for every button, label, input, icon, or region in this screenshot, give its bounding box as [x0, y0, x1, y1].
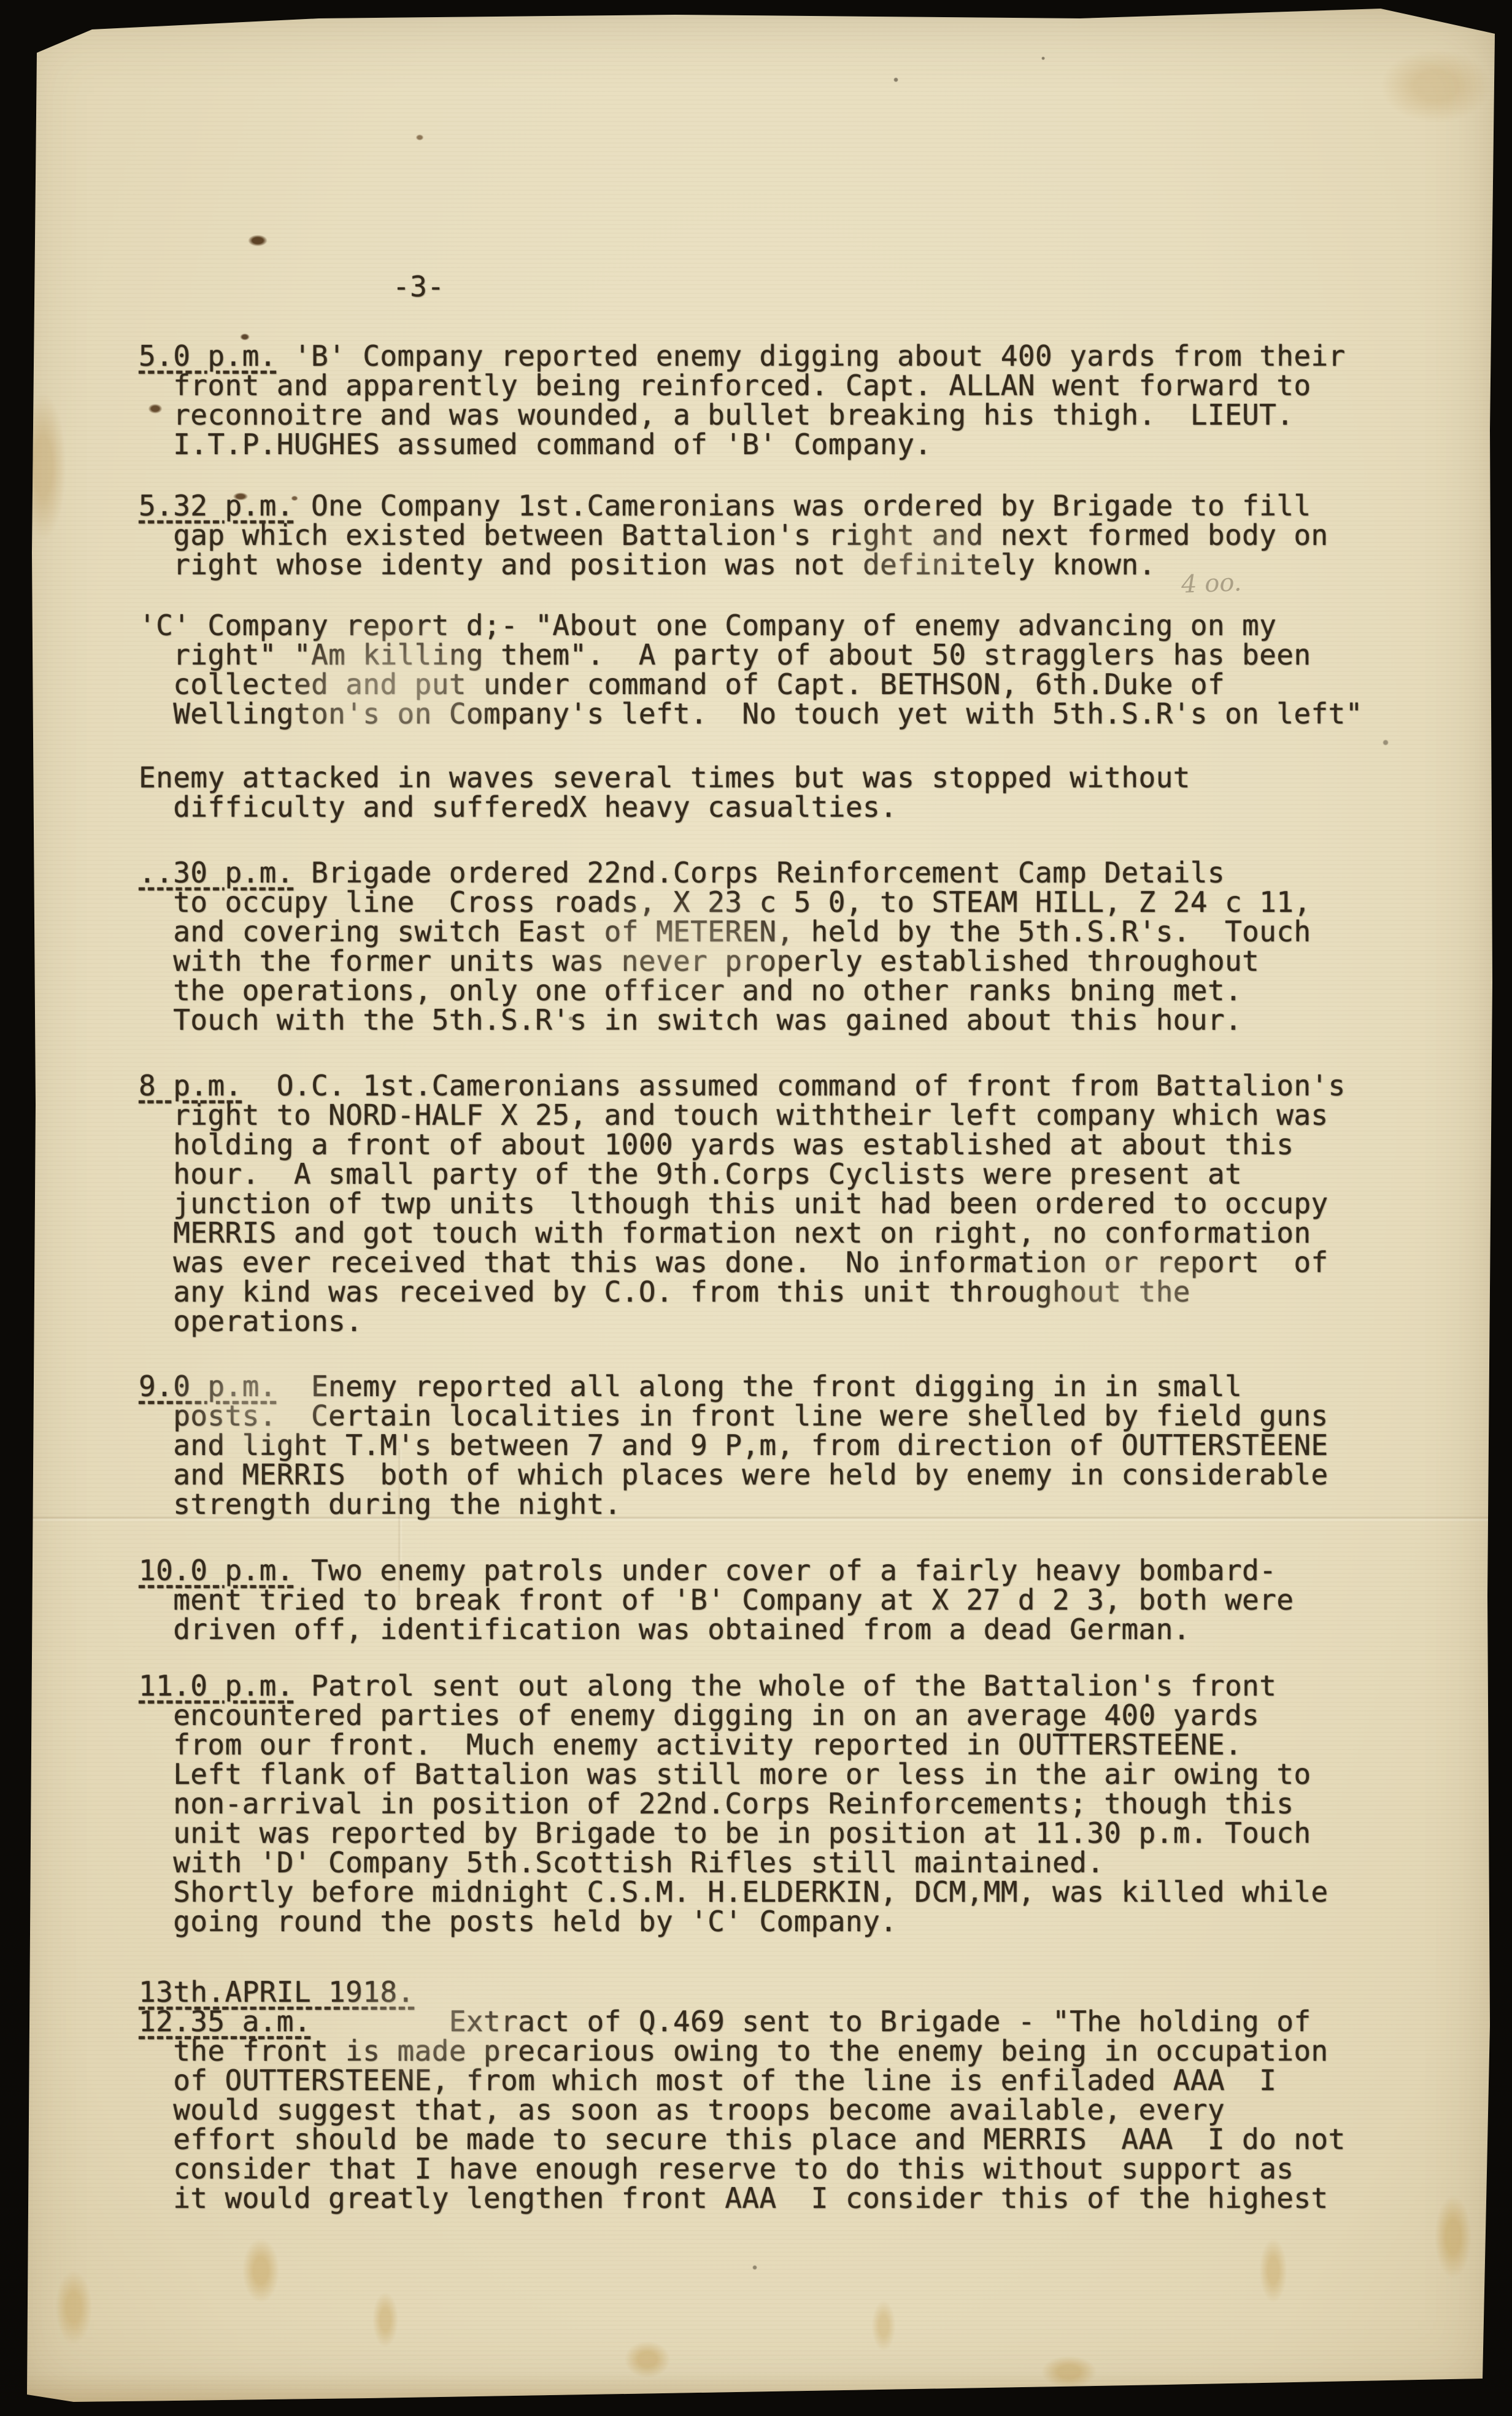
entry-line: consider that I have enough reserve to d… [139, 2154, 1346, 2183]
entry-line: of OUTTERSTEENE, from which most of the … [139, 2066, 1346, 2095]
entry-line: would suggest that, as soon as troops be… [139, 2095, 1346, 2125]
entry-first-line: 5.0 p.m. 'B' Company reported enemy digg… [139, 341, 1346, 371]
entry-line: it would greatly lengthen front AAA I co… [139, 2183, 1346, 2213]
entry-line: Wellington's on Company's left. No touch… [139, 699, 1363, 728]
entry-first-line: 13th.APRIL 1918. [139, 1977, 415, 2007]
diary-entry: Enemy attacked in waves several times bu… [139, 763, 1190, 822]
entry-text: Two enemy patrols under cover of a fairl… [294, 1554, 1276, 1587]
entry-text: One Company 1st.Cameronians was ordered … [294, 489, 1311, 522]
entry-text: Extract of Q.469 sent to Brigade - "The … [311, 2005, 1311, 2038]
diary-entry: 'C' Company report d;- "About one Compan… [139, 611, 1363, 728]
entry-line: gap which existed between Battalion's ri… [139, 520, 1329, 550]
entry-line: junction of twp units lthough this unit … [139, 1189, 1346, 1218]
scanned-war-diary-page: { "page": { "number": "-3-", "annotation… [0, 0, 1512, 2416]
time-label: 12.35 a.m. [139, 2005, 311, 2038]
entry-line: with the former units was never properly… [139, 946, 1311, 976]
entry-first-line: 10.0 p.m. Two enemy patrols under cover … [139, 1556, 1294, 1585]
entry-line: strength during the night. [139, 1489, 1329, 1519]
entry-line: the front is made precarious owing to th… [139, 2036, 1346, 2066]
entry-first-line: 5.32 p.m. One Company 1st.Cameronians wa… [139, 491, 1329, 520]
time-label: 11.0 p.m. [139, 1669, 294, 1702]
entry-line: MERRIS and got touch with formation next… [139, 1218, 1346, 1248]
entry-line: unit was reported by Brigade to be in po… [139, 1818, 1329, 1848]
entry-line: Touch with the 5th.S.R's in switch was g… [139, 1005, 1311, 1035]
time-label: 5.32 p.m. [139, 489, 294, 522]
entry-line: and light T.M's between 7 and 9 P,m, fro… [139, 1430, 1329, 1460]
entry-line: any kind was received by C.O. from this … [139, 1277, 1346, 1306]
entry-line: with 'D' Company 5th.Scottish Rifles sti… [139, 1848, 1329, 1877]
entry-line: right" "Am killing them". A party of abo… [139, 640, 1363, 670]
time-label: 10.0 p.m. [139, 1554, 294, 1587]
time-label: 5.0 p.m. [139, 339, 277, 372]
entry-first-line: 12.35 a.m. Extract of Q.469 sent to Brig… [139, 2007, 1346, 2036]
entry-line: from our front. Much enemy activity repo… [139, 1730, 1329, 1759]
entry-line: was ever received that this was done. No… [139, 1248, 1346, 1277]
entry-first-line: 8 p.m. O.C. 1st.Cameronians assumed comm… [139, 1071, 1346, 1100]
entry-first-line: 'C' Company report d;- "About one Compan… [139, 611, 1363, 640]
diary-entry: 10.0 p.m. Two enemy patrols under cover … [139, 1556, 1294, 1644]
diary-entry: 5.0 p.m. 'B' Company reported enemy digg… [139, 341, 1346, 459]
entry-line: to occupy line Cross roads, X 23 c 5 0, … [139, 887, 1311, 917]
diary-entry: 9.0 p.m. Enemy reported all along the fr… [139, 1372, 1329, 1519]
entry-text: 'B' Company reported enemy digging about… [277, 339, 1346, 372]
entry-text: O.C. 1st.Cameronians assumed command of … [242, 1069, 1346, 1102]
entry-line: encountered parties of enemy digging in … [139, 1700, 1329, 1730]
pencil-annotation: 4 oo. [1181, 568, 1242, 598]
entry-line: ment tried to break front of 'B' Company… [139, 1585, 1294, 1615]
entry-first-line: ..30 p.m. Brigade ordered 22nd.Corps Rei… [139, 858, 1311, 887]
time-label: ..30 p.m. [139, 856, 294, 889]
entry-line: Left flank of Battalion was still more o… [139, 1759, 1329, 1789]
entry-line: hour. A small party of the 9th.Corps Cyc… [139, 1159, 1346, 1189]
diary-entry: 12.35 a.m. Extract of Q.469 sent to Brig… [139, 2007, 1346, 2213]
time-label: 13th.APRIL 1918. [139, 1975, 415, 2009]
entry-line: right whose identy and position was not … [139, 550, 1329, 579]
entry-first-line: Enemy attacked in waves several times bu… [139, 763, 1190, 792]
entry-text: Patrol sent out along the whole of the B… [294, 1669, 1276, 1702]
diary-entry: 5.32 p.m. One Company 1st.Cameronians wa… [139, 491, 1329, 579]
entry-line: collected and put under command of Capt.… [139, 670, 1363, 699]
entry-text: Enemy reported all along the front diggi… [277, 1370, 1242, 1403]
entry-line: reconnoitre and was wounded, a bullet br… [139, 400, 1346, 430]
time-label: 9.0 p.m. [139, 1370, 277, 1403]
entry-line: driven off, identification was obtained … [139, 1615, 1294, 1644]
document-page: -3- 5.0 p.m. 'B' Company reported enemy … [0, 0, 1512, 2416]
entry-line: non-arrival in position of 22nd.Corps Re… [139, 1789, 1329, 1818]
entry-line: posts. Certain localities in front line … [139, 1401, 1329, 1430]
page-number: -3- [393, 272, 444, 301]
entry-line: going round the posts held by 'C' Compan… [139, 1907, 1329, 1936]
entry-line: effort should be made to secure this pla… [139, 2125, 1346, 2154]
time-label: 8 p.m. [139, 1069, 242, 1102]
entry-line: holding a front of about 1000 yards was … [139, 1130, 1346, 1159]
entry-line: front and apparently being reinforced. C… [139, 371, 1346, 400]
entry-first-line: 9.0 p.m. Enemy reported all along the fr… [139, 1372, 1329, 1401]
entry-line: I.T.P.HUGHES assumed command of 'B' Comp… [139, 430, 1346, 459]
entry-line: Shortly before midnight C.S.M. H.ELDERKI… [139, 1877, 1329, 1907]
diary-entry: 8 p.m. O.C. 1st.Cameronians assumed comm… [139, 1071, 1346, 1336]
entry-text: Enemy attacked in waves several times bu… [139, 761, 1190, 794]
entry-line: operations. [139, 1306, 1346, 1336]
entry-first-line: 11.0 p.m. Patrol sent out along the whol… [139, 1671, 1329, 1700]
entry-line: right to NORD-HALF X 25, and touch witht… [139, 1100, 1346, 1130]
entry-text: 'C' Company report d;- "About one Compan… [139, 609, 1276, 642]
entry-line: and covering switch East of METEREN, hel… [139, 917, 1311, 946]
diary-entry: ..30 p.m. Brigade ordered 22nd.Corps Rei… [139, 858, 1311, 1035]
entry-text: Brigade ordered 22nd.Corps Reinforcement… [294, 856, 1225, 889]
entry-line: and MERRIS both of which places were hel… [139, 1460, 1329, 1489]
diary-entry: 11.0 p.m. Patrol sent out along the whol… [139, 1671, 1329, 1936]
typewritten-text-layer: -3- 5.0 p.m. 'B' Company reported enemy … [0, 0, 1512, 2416]
entry-line: difficulty and sufferedX heavy casualtie… [139, 792, 1190, 822]
diary-entry: 13th.APRIL 1918. [139, 1977, 415, 2007]
entry-line: the operations, only one officer and no … [139, 976, 1311, 1005]
